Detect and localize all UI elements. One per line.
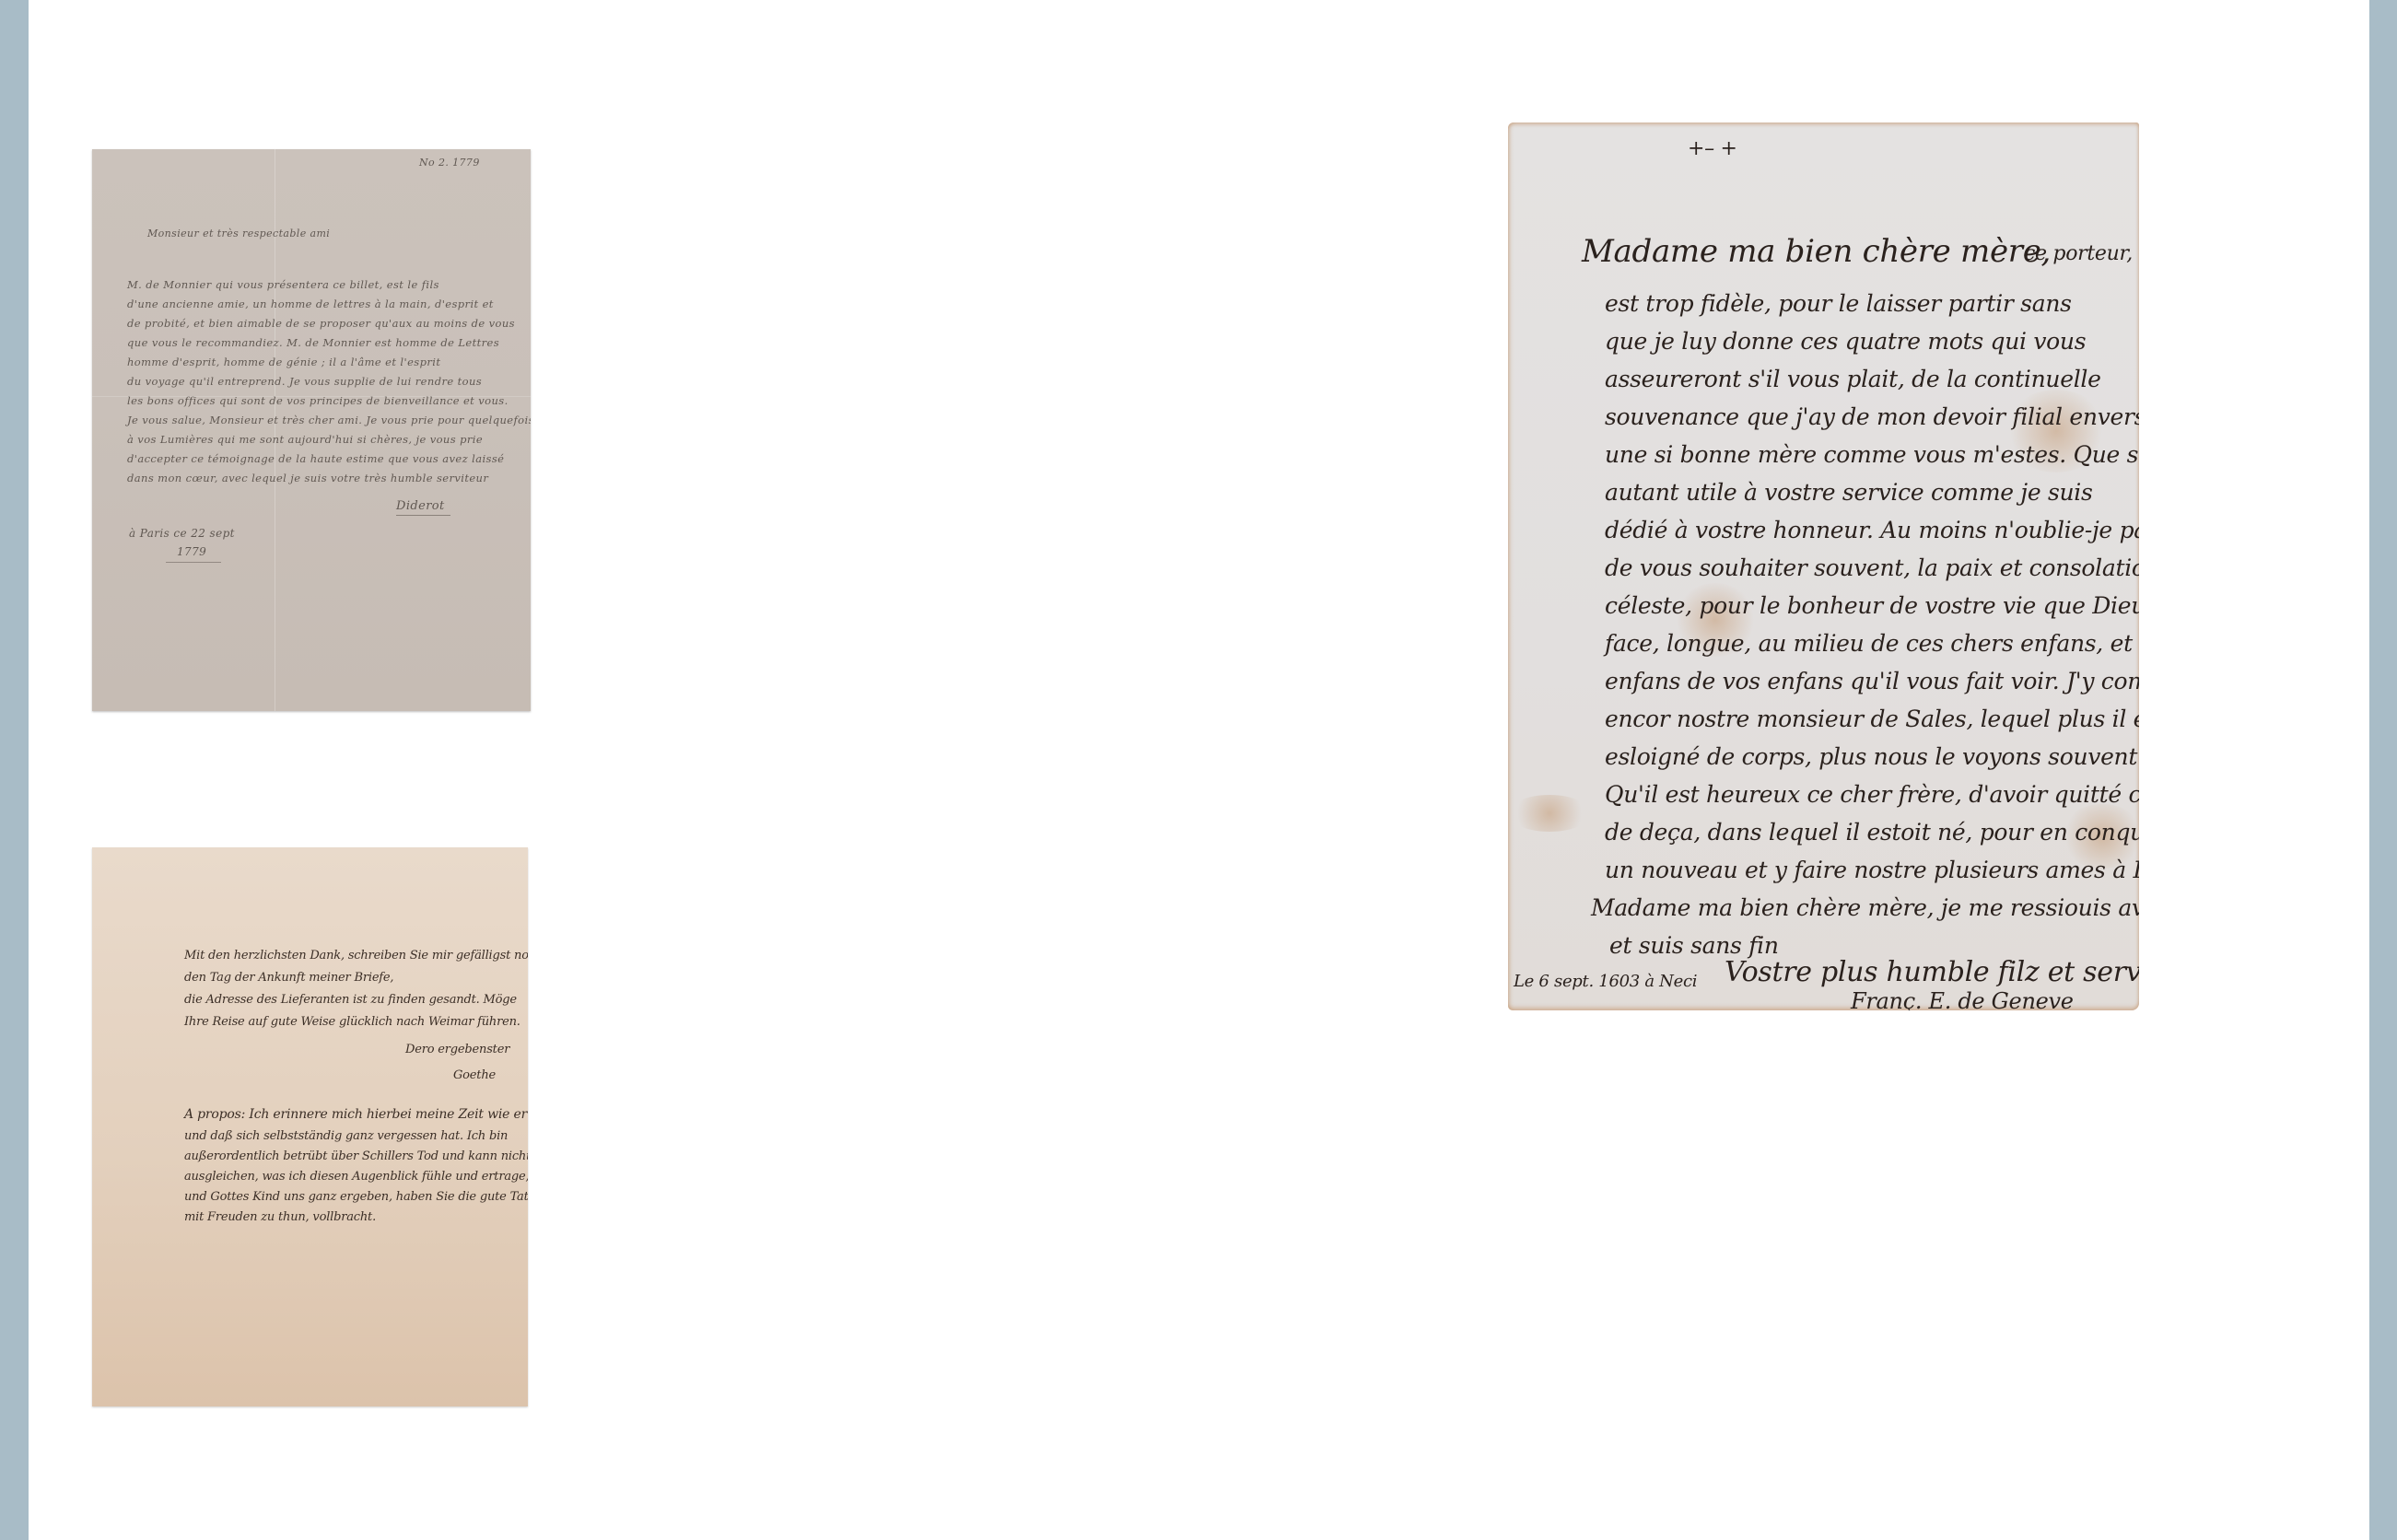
letter-salutation: Monsieur et très respectable ami	[147, 227, 330, 239]
letter-line: un nouveau et y faire nostre plusieurs a…	[1605, 857, 2139, 883]
letter-line: Ihre Reise auf gute Weise glücklich nach…	[184, 1015, 520, 1029]
left-frame-border	[0, 0, 29, 1540]
letter-line: homme d'esprit, homme de génie ; il a l'…	[127, 356, 440, 368]
postscript-line: und daß sich selbstständig ganz vergesse…	[184, 1129, 508, 1143]
letter-line: enfans de vos enfans qu'il vous fait voi…	[1605, 668, 2139, 694]
letter-line: est trop fidèle, pour le laisser partir …	[1605, 290, 2072, 317]
letter-line: autant utile à vostre service comme je s…	[1605, 479, 2093, 506]
manuscript-letter-francois-de-sales: +– + Madame ma bien chère mère, ce porte…	[1508, 122, 2139, 1010]
letter-line: d'une ancienne amie, un homme de lettres…	[127, 297, 494, 310]
letter-line: dédié à vostre honneur. Au moins n'oubli…	[1605, 517, 2139, 543]
letter-line: encor nostre monsieur de Sales, lequel p…	[1605, 706, 2139, 732]
letter-line: de deça, dans lequel il estoit né, pour …	[1605, 819, 2139, 846]
letter-line: et suis sans fin	[1609, 932, 1779, 959]
letter-signature: Diderot	[396, 499, 450, 516]
letter-line: Qu'il est heureux ce cher frère, d'avoir…	[1605, 781, 2139, 808]
letter-header-date: No 2. 1779	[419, 157, 480, 169]
manuscript-letter-diderot: No 2. 1779 Monsieur et très respectable …	[92, 149, 531, 711]
letter-place-date: à Paris ce 22 sept	[129, 527, 235, 540]
postscript-line: außerordentlich betrübt über Schillers T…	[184, 1149, 528, 1163]
cross-marks: +– +	[1688, 137, 1737, 160]
letter-opening-right: ce porteur,	[2024, 242, 2133, 265]
letter-signature: Franç. E. de Geneve	[1851, 988, 2074, 1010]
letter-opening: Madame ma bien chère mère,	[1582, 233, 2051, 270]
letter-line: de probité, et bien aimable de se propos…	[127, 317, 515, 330]
letter-line: à vos Lumières qui me sont aujourd'hui s…	[127, 433, 483, 446]
letter-signature: Goethe	[453, 1068, 496, 1082]
letter-line: dans mon cœur, avec lequel je suis votre…	[127, 472, 488, 484]
letter-line: d'accepter ce témoignage de la haute est…	[127, 452, 504, 465]
letter-line: de vous souhaiter souvent, la paix et co…	[1605, 554, 2139, 581]
manuscript-letter-goethe: Mit den herzlichsten Dank, schreiben Sie…	[92, 847, 528, 1406]
letter-line: esloigné de corps, plus nous le voyons s…	[1605, 743, 2139, 770]
letter-line: Je vous salue, Monsieur et très cher ami…	[127, 414, 531, 426]
letter-line: que je luy donne ces quatre mots qui vou…	[1605, 328, 2086, 355]
letter-line: une si bonne mère comme vous m'estes. Qu…	[1605, 441, 2139, 468]
letter-line: souvenance que j'ay de mon devoir filial…	[1605, 403, 2139, 430]
letter-line: que vous le recommandiez. M. de Monnier …	[127, 336, 499, 349]
letter-closing: Vostre plus humble filz et serviteur	[1725, 956, 2139, 988]
letter-line: die Adresse des Lieferanten ist zu finde…	[184, 993, 517, 1007]
postscript-line: und Gottes Kind uns ganz ergeben, haben …	[184, 1190, 528, 1204]
letter-date-place: Le 6 sept. 1603 à Neci	[1514, 972, 1697, 991]
letter-line: céleste, pour le bonheur de vostre vie q…	[1605, 592, 2139, 619]
postscript-line: ausgleichen, was ich diesen Augenblick f…	[184, 1170, 528, 1184]
letter-line: Mit den herzlichsten Dank, schreiben Sie…	[184, 949, 528, 962]
postscript-line: mit Freuden zu thun, vollbracht.	[184, 1210, 376, 1224]
postscript-line: A propos: Ich erinnere mich hierbei mein…	[184, 1107, 528, 1122]
letter-closing: Dero ergebenster	[405, 1043, 509, 1056]
letter-year: 1779	[166, 545, 221, 563]
letter-line: Madame ma bien chère mère, je me ressiou…	[1591, 894, 2139, 921]
right-frame-border	[2369, 0, 2397, 1540]
letter-line: face, longue, au milieu de ces chers enf…	[1605, 630, 2139, 657]
paper-stain	[1508, 795, 1591, 832]
letter-line: du voyage qu'il entreprend. Je vous supp…	[127, 375, 482, 388]
letter-line: les bons offices qui sont de vos princip…	[127, 394, 509, 407]
letter-line: den Tag der Ankunft meiner Briefe,	[184, 971, 393, 985]
letter-line: M. de Monnier qui vous présentera ce bil…	[127, 278, 439, 291]
letter-line: asseureront s'il vous plait, de la conti…	[1605, 366, 2101, 392]
